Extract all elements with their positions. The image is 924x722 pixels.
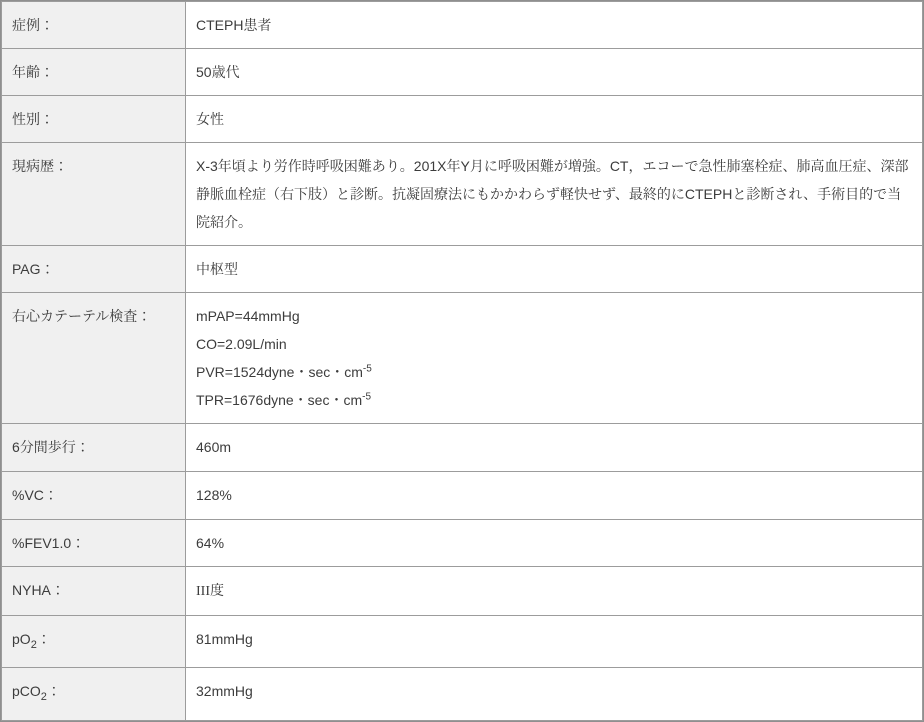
row-label-cell: %VC： bbox=[2, 472, 186, 520]
row-label-cell: 右心カテーテル検査： bbox=[2, 293, 186, 424]
value-line: 32mmHg bbox=[196, 677, 912, 705]
table-row: NYHA：III度 bbox=[2, 567, 923, 616]
table-row: 現病歴：X-3年頃より労作時呼吸困難あり。201X年Y月に呼吸困難が増強。CT，… bbox=[2, 143, 923, 246]
text-segment-sup: -5 bbox=[362, 391, 371, 402]
text-segment: ： bbox=[47, 683, 61, 699]
text-segment: 81mmHg bbox=[196, 631, 253, 647]
text-segment: 性別： bbox=[12, 111, 54, 127]
text-segment: 460m bbox=[196, 439, 231, 455]
text-segment: 年齢： bbox=[12, 64, 54, 80]
row-value-cell: 中枢型 bbox=[186, 246, 923, 293]
value-line: mPAP=44mmHg bbox=[196, 302, 912, 330]
table-row: PAG：中枢型 bbox=[2, 246, 923, 293]
text-segment: PVR=1524dyne・sec・cm bbox=[196, 364, 363, 380]
row-label-cell: 性別： bbox=[2, 96, 186, 143]
text-segment: %FEV1.0： bbox=[12, 535, 85, 551]
patient-case-table-container: 症例：CTEPH患者年齢：50歳代性別：女性現病歴：X-3年頃より労作時呼吸困難… bbox=[0, 0, 924, 722]
value-line: CO=2.09L/min bbox=[196, 330, 912, 358]
value-line: PVR=1524dyne・sec・cm-5 bbox=[196, 358, 912, 386]
text-segment: NYHA： bbox=[12, 582, 65, 598]
row-label-cell: %FEV1.0： bbox=[2, 520, 186, 567]
patient-case-table: 症例：CTEPH患者年齢：50歳代性別：女性現病歴：X-3年頃より労作時呼吸困難… bbox=[1, 1, 923, 721]
value-line: 50歳代 bbox=[196, 58, 912, 86]
text-segment: 度 bbox=[210, 582, 224, 598]
row-value-cell: 32mmHg bbox=[186, 668, 923, 721]
row-label-cell: PAG： bbox=[2, 246, 186, 293]
text-segment: TPR=1676dyne・sec・cm bbox=[196, 392, 362, 408]
row-label-cell: 6分間歩行： bbox=[2, 424, 186, 472]
table-row: 6分間歩行：460m bbox=[2, 424, 923, 472]
text-segment: 32mmHg bbox=[196, 683, 253, 699]
text-segment: 64% bbox=[196, 535, 224, 551]
value-line: TPR=1676dyne・sec・cm-5 bbox=[196, 386, 912, 414]
table-row: 右心カテーテル検査：mPAP=44mmHgCO=2.09L/minPVR=152… bbox=[2, 293, 923, 424]
table-body: 症例：CTEPH患者年齢：50歳代性別：女性現病歴：X-3年頃より労作時呼吸困難… bbox=[2, 2, 923, 721]
text-segment: 女性 bbox=[196, 111, 224, 127]
row-label-cell: NYHA： bbox=[2, 567, 186, 616]
row-value-cell: 女性 bbox=[186, 96, 923, 143]
table-row: 年齢：50歳代 bbox=[2, 49, 923, 96]
text-segment: 症例： bbox=[12, 17, 54, 33]
text-segment: 128% bbox=[196, 487, 232, 503]
row-value-cell: III度 bbox=[186, 567, 923, 616]
value-line: 81mmHg bbox=[196, 625, 912, 653]
row-label-cell: 年齢： bbox=[2, 49, 186, 96]
text-segment: ： bbox=[37, 631, 51, 647]
row-value-cell: X-3年頃より労作時呼吸困難あり。201X年Y月に呼吸困難が増強。CT，エコーで… bbox=[186, 143, 923, 246]
text-segment: PAG： bbox=[12, 261, 55, 277]
value-line: CTEPH患者 bbox=[196, 11, 912, 39]
text-segment: pO bbox=[12, 631, 31, 647]
row-label-cell: 現病歴： bbox=[2, 143, 186, 246]
value-line: 64% bbox=[196, 529, 912, 557]
row-label-cell: 症例： bbox=[2, 2, 186, 49]
table-row: 症例：CTEPH患者 bbox=[2, 2, 923, 49]
text-segment-serif: III bbox=[196, 584, 210, 599]
text-segment: CO=2.09L/min bbox=[196, 336, 287, 352]
text-segment: pCO bbox=[12, 683, 41, 699]
table-row: pO2：81mmHg bbox=[2, 616, 923, 668]
row-value-cell: 50歳代 bbox=[186, 49, 923, 96]
row-value-cell: CTEPH患者 bbox=[186, 2, 923, 49]
text-segment: X-3年頃より労作時呼吸困難あり。201X年Y月に呼吸困難が増強。CT，エコーで… bbox=[196, 158, 908, 230]
row-value-cell: 128% bbox=[186, 472, 923, 520]
value-line: X-3年頃より労作時呼吸困難あり。201X年Y月に呼吸困難が増強。CT，エコーで… bbox=[196, 152, 912, 236]
row-value-cell: 460m bbox=[186, 424, 923, 472]
table-row: pCO2：32mmHg bbox=[2, 668, 923, 721]
row-label-cell: pCO2： bbox=[2, 668, 186, 721]
value-line: 女性 bbox=[196, 105, 912, 133]
row-value-cell: 81mmHg bbox=[186, 616, 923, 668]
text-segment-sup: -5 bbox=[363, 363, 372, 374]
table-row: %VC：128% bbox=[2, 472, 923, 520]
row-label-cell: pO2： bbox=[2, 616, 186, 668]
value-line: III度 bbox=[196, 576, 912, 606]
table-row: 性別：女性 bbox=[2, 96, 923, 143]
text-segment: 6分間歩行： bbox=[12, 439, 90, 455]
value-line: 128% bbox=[196, 481, 912, 509]
text-segment: CTEPH患者 bbox=[196, 17, 271, 33]
value-line: 中枢型 bbox=[196, 255, 912, 283]
row-value-cell: 64% bbox=[186, 520, 923, 567]
text-segment: 右心カテーテル検査： bbox=[12, 308, 151, 324]
text-segment: 50歳代 bbox=[196, 64, 240, 80]
row-value-cell: mPAP=44mmHgCO=2.09L/minPVR=1524dyne・sec・… bbox=[186, 293, 923, 424]
table-row: %FEV1.0：64% bbox=[2, 520, 923, 567]
text-segment: mPAP=44mmHg bbox=[196, 308, 300, 324]
text-segment: 現病歴： bbox=[12, 158, 68, 174]
text-segment: %VC： bbox=[12, 487, 58, 503]
text-segment: 中枢型 bbox=[196, 261, 238, 277]
value-line: 460m bbox=[196, 433, 912, 461]
